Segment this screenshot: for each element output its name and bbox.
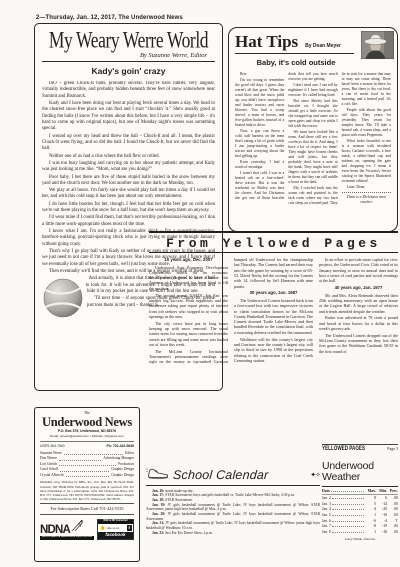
usps-number: USPS 464-7540	[40, 444, 65, 449]
school-calendar-section: School Calendar ✦✧ Jan. 16: storm make-u…	[146, 466, 320, 535]
hat-tips-paragraph: Now, a guy can throw a cold, stiff harne…	[235, 129, 284, 159]
hat-tips-article-headline: Baby, it's cold outside	[235, 59, 357, 68]
subscription-rates-line: For Subscription Rates Call 701-442-5535	[40, 503, 134, 514]
hat-tips-masthead-title: Hat Tips	[235, 32, 298, 51]
masthead-info-box: The Underwood News P.O. Box 575, Underwo…	[34, 407, 140, 562]
hat-tips-paragraph: We must have looked like a team. And the…	[288, 130, 337, 185]
yellowed-pages-body: 10 years ago, Dec. 2007Underwood Area Ec…	[149, 257, 398, 435]
yellowed-pages-item: Washburn will be this county's largest c…	[234, 337, 313, 364]
school-calendar-title: School Calendar	[173, 469, 269, 482]
school-calendar-header: School Calendar ✦✧	[146, 466, 320, 486]
dotted-leader	[331, 491, 364, 492]
weather-row: Jan. 81-16.00	[322, 530, 398, 536]
weary-paragraph: Neither one of us had a clue where the b…	[42, 154, 215, 160]
weary-paragraphs-a: ISO – green Chuck-It balls, probably sev…	[42, 81, 215, 228]
calendar-entry: Jan. 19: JV girls basketball tournament …	[146, 503, 320, 512]
weather-observer: Larry Drink, observer	[322, 537, 398, 541]
yellowed-pages-item: 30 years ago, Jan. 1987	[234, 290, 313, 296]
yellowed-pages-item: The Underwood Comets bounced back from a…	[234, 298, 313, 335]
hat-tips-header: Hat Tips By Dean Meyer	[235, 32, 354, 54]
dotted-leader	[59, 456, 102, 461]
dotted-leader	[332, 526, 364, 527]
tennis-ball-photo	[43, 278, 83, 318]
weather-title: Underwood Weather	[322, 461, 398, 487]
yellowed-pages-item: Mr. and Mrs. Alvin Retterath observed th…	[319, 293, 398, 314]
yellowed-pages-item: The second annual UAEDC Job Fair was ano…	[149, 293, 228, 320]
like-us-label: Like us on	[107, 527, 120, 530]
wx-min: -16	[376, 530, 387, 536]
hat-tips-paragraph: People talk about the good old days. The…	[342, 108, 391, 138]
weary-masthead-title: My Weary Werre World	[42, 28, 215, 59]
hat-tips-column: Hat Tips By Dean Meyer Baby, it's cold o…	[228, 27, 398, 232]
facebook-f-icon: f	[127, 525, 132, 530]
weary-paragraph: We play at all hours. I'm fairly sure sh…	[42, 188, 215, 201]
masthead-title: Underwood News	[40, 416, 134, 429]
masthead-usps-phone-row: USPS 464-7540 Ph: 701-442-5636	[40, 441, 134, 449]
facebook-wordmark: facebook	[98, 532, 133, 539]
masthead-logos-row: NDNA NORTH DAKOTA NEWSPAPER ASSOCIATION …	[40, 518, 134, 540]
hat-tips-paragraph: Later, Dean	[342, 185, 391, 190]
wx-max: 1	[365, 530, 376, 536]
dotted-leader	[60, 467, 109, 472]
hat-tips-paragraph: What looks beautiful to me is a woman wi…	[342, 139, 391, 184]
dotted-leader	[332, 498, 364, 499]
dotted-leader	[332, 532, 364, 533]
hat-tips-paragraph: Brrr.	[235, 72, 284, 77]
dotted-leader	[59, 462, 116, 467]
staff-list: Suzanne WerreEditor Don WinterAdvertisin…	[40, 451, 134, 479]
masthead-legal-text: Published every Thursday by BHG, Inc., P…	[40, 480, 134, 501]
yellowed-pages-item: Underwood Area Economic Development Corp…	[149, 265, 228, 292]
weather-table: Date Max. Min. Prec. Jan. 286.69 Jan. 35…	[322, 489, 398, 536]
weary-paragraph: I'd wear mine if I could find them, but …	[42, 215, 215, 228]
yellowed-pages-section: From Yellowed Pages 10 years ago, Dec. 2…	[149, 231, 398, 435]
weather-col-min: Min.	[376, 489, 387, 495]
page-folio: 2—Thursday, Jan. 12, 2017, The Underwood…	[36, 15, 183, 21]
wheat-icon	[70, 518, 84, 536]
masthead-email-website: Email: urnews@westriv.com • Website: bhg…	[40, 434, 134, 439]
calendar-entry: Jan. 20: JV girls basketball tournament …	[146, 512, 320, 521]
weary-paragraph: I do have little booties for her, though…	[42, 202, 215, 215]
weather-section: YELLOWED PAGES Page 3 Underwood Weather …	[322, 444, 398, 541]
dotted-leader	[332, 509, 364, 510]
sparkle-icon: ✦✧	[310, 472, 320, 479]
wx-prec: .00	[387, 530, 398, 536]
weather-col-max: Max.	[365, 489, 376, 495]
sneaker-icon	[146, 466, 170, 484]
staff-row: Crystal AlbrechtGraphic Design	[40, 473, 134, 479]
weather-col-prec: Prec.	[387, 489, 398, 495]
hat-tips-paragraph: Dean is a Dickinson area rancher	[342, 192, 391, 205]
thumbs-up-icon: 👍	[100, 526, 106, 531]
yellowed-pages-item: The city crews have put in long hours ke…	[149, 321, 228, 348]
yellowed-pages-title: From Yellowed Pages	[149, 231, 398, 253]
yellowed-pages-item: The Underwood Comets dropped out of the …	[319, 333, 398, 354]
weather-col-date: Date	[322, 489, 330, 495]
calendar-entry: Jan. 21: JV girls basketball tournament …	[146, 521, 320, 530]
weather-header-row: Date Max. Min. Prec.	[322, 489, 398, 496]
hat-tips-article-body: Brrr.I'm too young to remember the good …	[235, 72, 391, 219]
weary-article-headline: Kady's goin' crazy	[42, 67, 215, 77]
dotted-leader	[64, 451, 123, 456]
hat-tips-paragraph: But since Shirley had this bracelet on, …	[288, 99, 337, 129]
weary-paragraph: ISO – green Chuck-It balls, probably sev…	[42, 81, 215, 100]
yellowed-pages-item: 40 years ago, Jan. 1977	[319, 285, 398, 291]
staff-name: Crystal Albrecht	[40, 473, 64, 479]
calendar-entry: Jan. 22: Just For Kix Dance Show, 4 p.m.	[146, 531, 320, 536]
yellowed-pages-jump-line: YELLOWED PAGES Page 3	[322, 444, 398, 453]
school-calendar-entries: Jan. 16: storm make-up day.Jan. 17: STAR…	[146, 489, 320, 536]
phone-number: Ph: 701-442-5636	[106, 444, 134, 449]
ndna-bar-text: NORTH DAKOTA NEWSPAPER ASSOCIATION	[40, 536, 94, 540]
weary-paragraph: I was too busy laughing and carrying on …	[42, 161, 215, 174]
facebook-promo-box: BHG is ND Connected 👍 Like us on f faceb…	[97, 519, 134, 539]
yellowed-pages-item: 10 years ago, Dec. 2007	[149, 257, 228, 263]
dotted-leader	[332, 515, 364, 516]
dotted-leader	[332, 504, 364, 505]
dotted-leader	[332, 521, 364, 522]
hat-tips-paragraph: Even yesterday, I had a touch of nostalg…	[235, 160, 284, 170]
dotted-leader	[66, 473, 110, 478]
jump-label: YELLOWED PAGES	[322, 446, 365, 452]
hat-tips-paragraph: I'm too young to remember the good old d…	[235, 78, 284, 128]
hat-tips-paragraph: I don't need one. I can tell by nighttim…	[288, 83, 337, 98]
dean-meyer-photo	[361, 31, 394, 59]
weary-paragraph: Kady and I have been doing our best at p…	[42, 101, 215, 133]
yellowed-pages-item: Butter was advertised at 79 cents a poun…	[319, 315, 398, 331]
hat-tips-byline: By Dean Meyer	[305, 43, 341, 49]
ndna-logo: NDNA NORTH DAKOTA NEWSPAPER ASSOCIATION	[40, 518, 94, 540]
weary-paragraph: Poor baby. I bet there are five of those…	[42, 175, 215, 188]
weary-paragraph: I wound up over my head and threw the ba…	[42, 134, 215, 153]
jump-page: Page 3	[387, 447, 398, 451]
ndna-letters: NDNA	[40, 526, 70, 536]
wx-date: Jan. 8	[322, 530, 331, 536]
staff-role: Graphic Design	[111, 473, 134, 479]
yellowed-pages-item: In an effort to provide more capital for…	[319, 257, 398, 284]
divider	[42, 61, 215, 62]
